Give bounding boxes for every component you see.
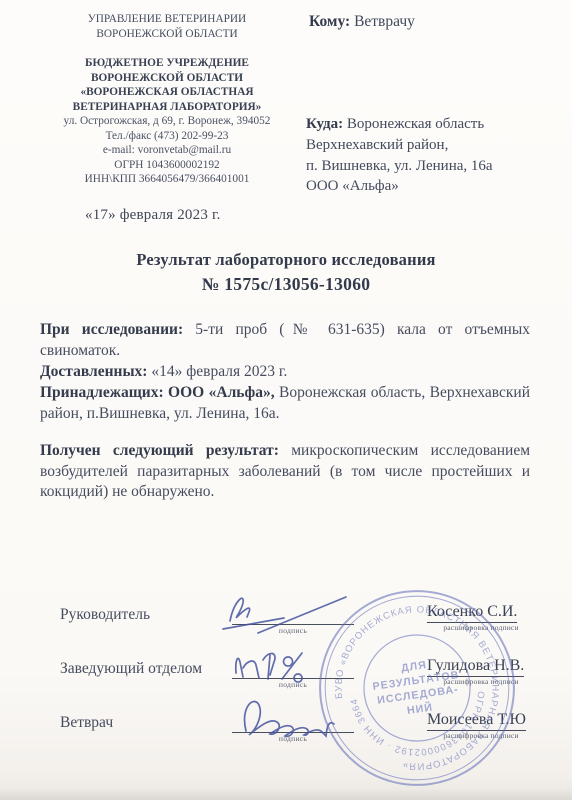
paragraph-delivered: Доставленных: «14» февраля 2023 г. bbox=[40, 362, 530, 383]
document-page: УПРАВЛЕНИЕ ВЕТЕРИНАРИИ ВОРОНЕЖСКОЙ ОБЛАС… bbox=[0, 0, 572, 800]
to-label: Кому: bbox=[309, 13, 350, 30]
letterhead-email: e-mail: voronvetab@mail.ru bbox=[26, 143, 308, 158]
title-number: № 1575с/13056-13060 bbox=[40, 274, 532, 295]
letterhead-address: ул. Острогожская, д 69, г. Воронеж, 3940… bbox=[26, 114, 308, 129]
signature-line bbox=[232, 705, 354, 733]
letterhead-authority-line2: ВОРОНЕЖСКОЙ ОБЛАСТИ bbox=[26, 27, 308, 42]
signature-caption: подпись bbox=[232, 734, 354, 743]
signatory-name: Моисеева Т.Ю bbox=[427, 711, 526, 731]
recipient-address-line3: п. Вишневка, ул. Ленина, 16а bbox=[306, 156, 546, 177]
document-date: «17» февраля 2023 г. bbox=[85, 207, 221, 224]
name-caption: расшифровка подписи bbox=[427, 731, 535, 740]
letterhead-org-line2: ВОРОНЕЖСКОЙ ОБЛАСТИ bbox=[26, 71, 308, 86]
signatory-name: Гулидова Н.В. bbox=[427, 657, 524, 677]
signature-caption: подпись bbox=[232, 680, 354, 689]
letterhead-org-line1: БЮДЖЕТНОЕ УЧРЕЖДЕНИЕ bbox=[26, 56, 308, 71]
to-value: Ветврачу bbox=[354, 13, 415, 30]
paragraph-owner: Принадлежащих: ООО «Альфа», Воронежская … bbox=[40, 383, 530, 424]
name-caption: расшифровка подписи bbox=[427, 677, 535, 686]
document-title: Результат лабораторного исследования № 1… bbox=[40, 250, 532, 295]
letterhead-phone: Тел./факс (473) 202-99-23 bbox=[26, 129, 308, 144]
recipient-address-line4: ООО «Альфа» bbox=[306, 176, 546, 197]
recipient-address-line1: Куда: Воронежская область bbox=[306, 114, 546, 135]
role-label: Руководитель bbox=[60, 606, 150, 624]
role-label: Ветврач bbox=[60, 714, 113, 732]
letterhead-inn-kpp: ИНН\КПП 3664056479/366401001 bbox=[26, 172, 308, 187]
letterhead-org-line4: ВЕТЕРИНАРНАЯ ЛАБОРАТОРИЯ» bbox=[26, 100, 308, 115]
scan-shadow-edge bbox=[0, 788, 572, 800]
paragraph-examined: При исследовании: 5-ти проб (№ 631-635) … bbox=[40, 320, 530, 361]
name-caption: расшифровка подписи bbox=[427, 623, 535, 632]
owner-label: Принадлежащих: bbox=[40, 384, 164, 401]
letterhead-authority-line1: УПРАВЛЕНИЕ ВЕТЕРИНАРИИ bbox=[26, 12, 308, 27]
where-label: Куда: bbox=[306, 116, 343, 132]
owner-org: ООО «Альфа», bbox=[168, 384, 275, 401]
signature-row-veterinarian: Ветврач подпись Моисеева Т.Ю расшифровка… bbox=[0, 705, 572, 759]
signature-row-director: Руководитель подпись Косенко С.И. расшиф… bbox=[0, 597, 572, 651]
where-value1: Воронежская область bbox=[347, 116, 484, 132]
recipient-address-line2: Верхнехавский район, bbox=[306, 135, 546, 156]
signatory-name: Косенко С.И. bbox=[427, 603, 517, 623]
title-line1: Результат лабораторного исследования bbox=[40, 250, 532, 270]
delivered-text: «14» февраля 2023 г. bbox=[151, 363, 287, 380]
letterhead-org-line3: «ВОРОНЕЖСКАЯ ОБЛАСТНАЯ bbox=[26, 85, 308, 100]
result-label: Получен следующий результат: bbox=[40, 442, 279, 459]
recipient-address: Куда: Воронежская область Верхнехавский … bbox=[306, 114, 546, 197]
role-label: Заведующий отделом bbox=[60, 660, 202, 678]
recipient-to: Кому: Ветврачу bbox=[309, 13, 415, 31]
letterhead-ogrn: ОГРН 1043600002192 bbox=[26, 158, 308, 173]
delivered-label: Доставленных: bbox=[40, 363, 147, 380]
signature-row-head-of-department: Заведующий отделом подпись Гулидова Н.В.… bbox=[0, 651, 572, 705]
letterhead: УПРАВЛЕНИЕ ВЕТЕРИНАРИИ ВОРОНЕЖСКОЙ ОБЛАС… bbox=[26, 12, 308, 187]
signature-line bbox=[232, 651, 354, 679]
signature-line bbox=[232, 597, 354, 625]
examined-label: При исследовании: bbox=[40, 321, 183, 338]
signature-caption: подпись bbox=[232, 626, 354, 635]
letterhead-spacer bbox=[26, 41, 308, 56]
paragraph-result: Получен следующий результат: микроскопич… bbox=[40, 441, 530, 503]
